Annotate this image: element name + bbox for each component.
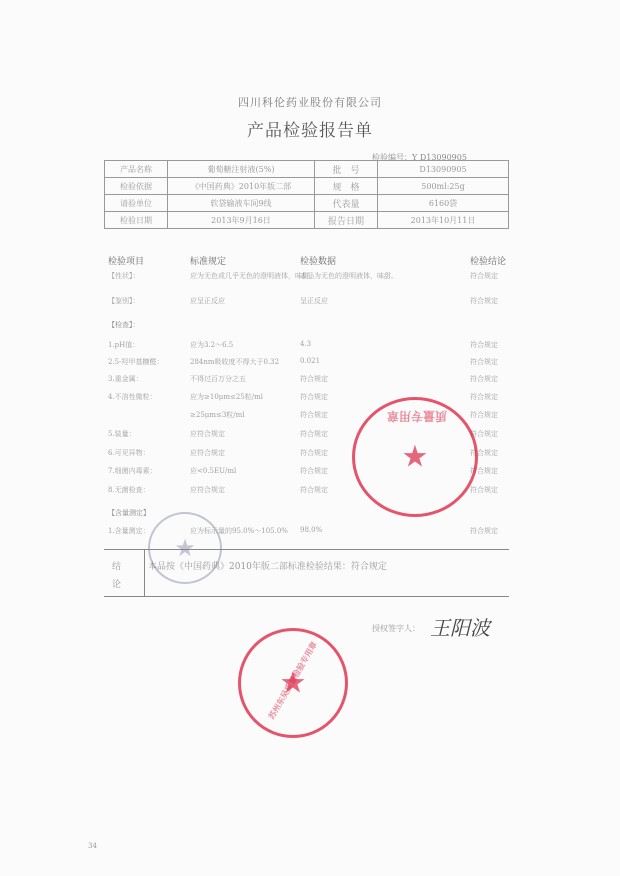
result-data: 98.0% <box>300 526 322 534</box>
info-row: 检验日期2013年9月16日报告日期2013年10月11日 <box>105 212 509 229</box>
info-value2: 6160袋 <box>378 195 509 212</box>
result-standard: ≥25μm≤3粒/ml <box>190 410 245 420</box>
result-data: 4.3 <box>300 340 311 348</box>
result-standard: 应符合规定 <box>190 485 225 495</box>
document-title: 产品检验报告单 <box>0 116 620 141</box>
conclusion-label: 结论 <box>112 558 124 594</box>
info-label2: 批 号 <box>315 161 378 178</box>
gray-stamp-icon: ★ <box>148 512 222 584</box>
result-result: 符合规定 <box>470 340 498 350</box>
result-standard: 应符合规定 <box>190 429 225 439</box>
result-item: 8.无菌检查： <box>108 485 150 495</box>
company-name: 四川科伦药业股份有限公司 <box>0 94 620 110</box>
result-standard: 不得过百万分之五 <box>190 374 246 384</box>
result-standard: 284nm吸收度不得大于0.32 <box>190 357 279 367</box>
info-label2: 规 格 <box>315 178 378 195</box>
column-header: 检验结论 <box>470 254 506 267</box>
info-value2: D13090905 <box>378 161 509 178</box>
info-label1: 请验单位 <box>105 195 168 212</box>
info-row: 请验单位软袋输液车间9线代表量6160袋 <box>105 195 509 212</box>
info-value1: 2013年9月16日 <box>168 212 315 229</box>
result-result: 符合规定 <box>470 526 498 536</box>
result-result: 符合规定 <box>470 374 498 384</box>
red-stamp-icon: ★ 质量专用章 <box>352 397 478 517</box>
result-data: 符合规定 <box>300 429 328 439</box>
info-label1: 产品名称 <box>105 161 168 178</box>
result-data: 0.021 <box>300 357 320 365</box>
result-item: 【检查】： <box>108 320 140 330</box>
result-result: 符合规定 <box>470 485 498 495</box>
info-value1: 葡萄糖注射液(5%) <box>168 161 315 178</box>
result-result: 符合规定 <box>470 271 498 281</box>
result-standard: 应<0.5EU/ml <box>190 466 236 476</box>
info-label2: 报告日期 <box>315 212 378 229</box>
signature: 王阳波 <box>430 612 490 641</box>
red-stamp-icon: ★ 苏州东吴质量检验专用章 <box>238 628 348 738</box>
signature-label: 授权签字人： <box>372 623 420 634</box>
page-mark: 34 <box>88 842 97 850</box>
result-data: 符合规定 <box>300 485 328 495</box>
result-result: 符合规定 <box>470 296 498 306</box>
result-item: 5.装量： <box>108 429 136 439</box>
result-item: 1.含量测定： <box>108 526 150 536</box>
result-item: 4.不溶性微粒： <box>108 392 157 402</box>
result-item: 【鉴别】： <box>108 296 140 306</box>
info-table: 产品名称葡萄糖注射液(5%)批 号D13090905检验依据《中国药典》2010… <box>104 160 509 229</box>
star-icon: ★ <box>174 534 196 562</box>
info-value1: 《中国药典》2010年版二部 <box>168 178 315 195</box>
result-data: 呈正反应 <box>300 296 328 306</box>
result-data: 符合规定 <box>300 374 328 384</box>
result-standard: 应为3.2～6.5 <box>190 340 233 350</box>
info-value2: 2013年10月11日 <box>378 212 509 229</box>
divider <box>144 550 145 596</box>
result-result: 符合规定 <box>470 410 498 420</box>
result-data: 符合规定 <box>300 392 328 402</box>
result-standard: 应符合规定 <box>190 448 225 458</box>
info-label1: 检验日期 <box>105 212 168 229</box>
result-standard: 应为无色或几乎无色的澄明液体，味甜。 <box>190 271 316 281</box>
result-data: 本品为无色的澄明液体，味甜。 <box>300 271 398 281</box>
result-result: 符合规定 <box>470 357 498 367</box>
result-item: 2.5-羟甲基糠醛： <box>108 357 164 367</box>
column-header: 标准规定 <box>190 254 226 267</box>
stamp-text: 苏州东吴质量检验专用章 <box>266 640 320 722</box>
result-data: 符合规定 <box>300 448 328 458</box>
result-item: 7.细菌内毒素： <box>108 466 157 476</box>
result-item: 3.重金属： <box>108 374 143 384</box>
star-icon: ★ <box>402 440 429 475</box>
result-standard: 应呈正反应 <box>190 296 225 306</box>
stamp-text: 质量专用章 <box>387 408 447 425</box>
result-item: 【含量测定】 <box>108 508 150 518</box>
result-result: 符合规定 <box>470 392 498 402</box>
info-value2: 500ml:25g <box>378 178 509 195</box>
result-item: 1.pH值： <box>108 340 139 350</box>
column-header: 检验项目 <box>108 254 144 267</box>
result-item: 【性状】： <box>108 271 140 281</box>
result-item: 6.可见异物： <box>108 448 150 458</box>
column-header: 检验数据 <box>300 254 336 267</box>
info-row: 检验依据《中国药典》2010年版二部规 格500ml:25g <box>105 178 509 195</box>
result-data: 符合规定 <box>300 466 328 476</box>
info-label2: 代表量 <box>315 195 378 212</box>
info-row: 产品名称葡萄糖注射液(5%)批 号D13090905 <box>105 161 509 178</box>
result-data: 符合规定 <box>300 410 328 420</box>
result-standard: 应为≥10μm≤25粒/ml <box>190 392 263 402</box>
info-value1: 软袋输液车间9线 <box>168 195 315 212</box>
info-label1: 检验依据 <box>105 178 168 195</box>
